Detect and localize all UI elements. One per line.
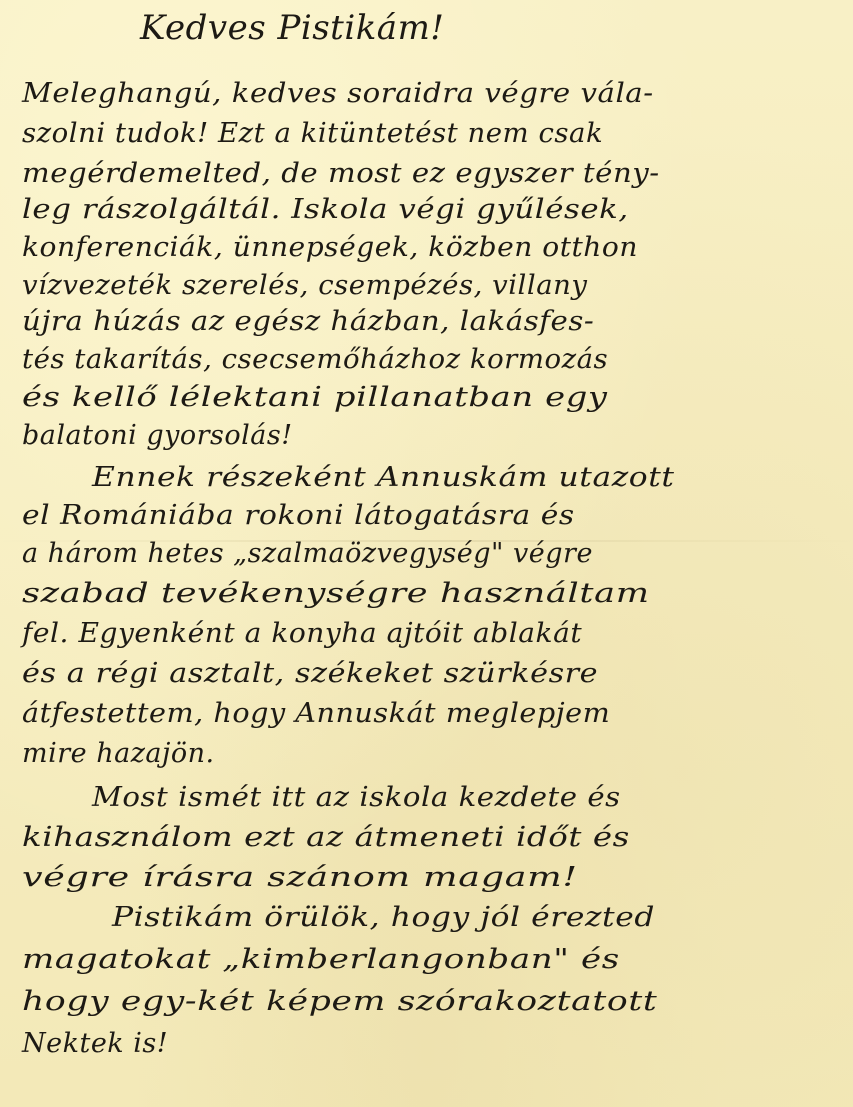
letter-line-13: a három hetes „szalmaözvegység" végre: [22, 538, 593, 569]
letter-line-5: konferenciák, ünnepségek, közben otthon: [22, 232, 638, 263]
letter-line-11: Ennek részeként Annuskám utazott: [92, 462, 675, 493]
letter-line-17: átfestettem, hogy Annuskát meglepjem: [22, 698, 610, 729]
letter-line-7: újra húzás az egész házban, lakásfes-: [22, 306, 594, 337]
letter-line-1: Meleghangú, kedves soraidra végre vála-: [22, 78, 654, 109]
letter-line-16: és a régi asztalt, székeket szürkésre: [22, 658, 598, 689]
letter-line-22: Pistikám örülök, hogy jól érezted: [112, 902, 655, 933]
letter-line-20: kihasználom ezt az átmeneti időt és: [22, 822, 630, 853]
letter-line-6: vízvezeték szerelés, csempézés, villany: [22, 270, 587, 301]
letter-line-9: és kellő lélektani pillanatban egy: [22, 382, 608, 413]
letter-line-21: végre írásra szánom magam!: [22, 862, 578, 893]
letter-line-15: fel. Egyenként a konyha ajtóit ablakát: [22, 618, 582, 649]
letter-line-3: megérdemelted, de most ez egyszer tény-: [22, 158, 660, 189]
letter-line-14: szabad tevékenységre használtam: [22, 578, 650, 609]
letter-line-23: magatokat „kimberlangonban" és: [22, 944, 620, 975]
letter-line-4: leg rászolgáltál. Iskola végi gyűlések,: [22, 194, 629, 225]
letter-greeting: Kedves Pistikám!: [140, 8, 444, 48]
letter-line-12: el Romániába rokoni látogatásra és: [22, 500, 575, 531]
letter-line-10: balatoni gyorsolás!: [22, 420, 293, 451]
letter-line-2: szolni tudok! Ezt a kitüntetést nem csak: [22, 118, 603, 149]
letter-line-8: tés takarítás, csecsemőházhoz kormozás: [22, 344, 608, 375]
letter-line-24: hogy egy-két képem szórakoztatott: [22, 986, 657, 1017]
letter-line-19: Most ismét itt az iskola kezdete és: [92, 782, 621, 813]
letter-line-25: Nektek is!: [22, 1028, 168, 1059]
letter-line-18: mire hazajön.: [22, 738, 215, 769]
letter-page: Kedves Pistikám! Meleghangú, kedves sora…: [0, 0, 853, 1107]
